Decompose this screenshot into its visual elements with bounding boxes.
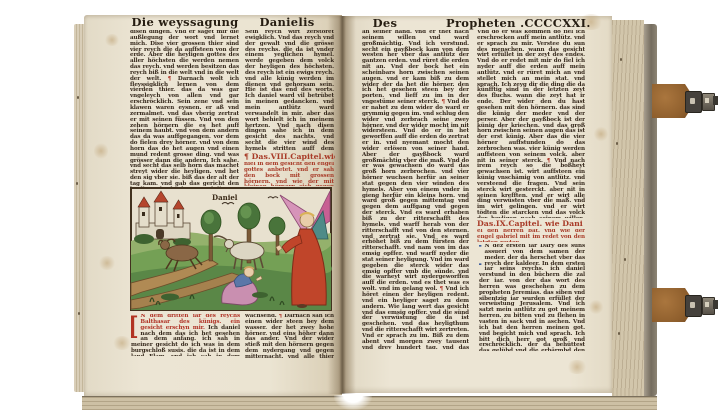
left-page-incipit-block: I N dem dritten iar des reychs Balthasar… <box>131 314 240 356</box>
foxing-spot <box>566 360 588 374</box>
fore-edge-page-block <box>612 20 644 398</box>
binding-board-edge <box>644 24 657 396</box>
wormhole-mark <box>76 182 78 185</box>
wormhole-mark <box>618 332 620 335</box>
running-head-des: Des <box>355 16 415 30</box>
clasp-pin <box>690 98 695 104</box>
photograph-of-open-incunabulum: Die weyssagung Danielis disen dingen. Vn… <box>0 0 728 410</box>
clasp-pin <box>690 302 695 308</box>
right-page-chapter-9-opening: I N dez ersten iar Dary des suns assueri… <box>479 244 585 351</box>
foxing-spot <box>594 126 608 142</box>
right-page-column-1-text: an seiner hand. vnd er thet nach seinem … <box>362 30 469 349</box>
foxing-spot <box>104 34 120 46</box>
hand-coloured-woodcut-daniel-vision: Daniel <box>130 187 332 311</box>
foxing-spot <box>588 300 604 314</box>
foxing-spot <box>98 256 116 270</box>
chapter-9-heading-text: el den herren bat. vnd wie der engel gab… <box>477 229 585 242</box>
chapter-9-heading-line: Das.IX.Capitel. wie Dani <box>477 219 585 228</box>
chapter-8-heading-line: ¶ Das.VIII.Capitel.wie da <box>244 152 335 161</box>
clasp-rivet <box>705 98 709 103</box>
left-page-column-2-text: Sein reych wirt zerstöret ewigklich. Vnd… <box>245 30 334 151</box>
wormhole-mark <box>77 96 79 99</box>
right-page-column-2-text: Vnd do er was kommen do fiel ich erschro… <box>477 30 585 218</box>
wormhole-mark <box>78 312 80 315</box>
left-page-column-1-text: disen dingen. Vnd er saget mir die außle… <box>130 30 239 187</box>
wormhole-mark <box>624 258 626 261</box>
running-head-die-weyssagung: Die weyssagung <box>130 15 240 29</box>
chapter-9-body-text: N dez ersten iar Dary des suns assueri v… <box>479 244 585 351</box>
left-page-below-column-2-text: wachsend. ¶ Darnach sah ich einen wider … <box>245 314 334 359</box>
bush <box>252 292 268 298</box>
lower-clasp <box>652 288 718 322</box>
lombard-initial-I-red: I <box>131 315 138 341</box>
running-head-propheten-folio: Propheten .CCCCXXI. <box>446 16 570 30</box>
woodcut-label-daniel: Daniel <box>212 193 238 202</box>
chapter-8-heading-text: niel in dem gesicht den engel gottes anb… <box>244 162 334 186</box>
upper-clasp <box>652 84 718 118</box>
foxing-spot <box>94 142 108 160</box>
foxing-spot <box>112 336 132 350</box>
clasp-rivet <box>705 302 709 307</box>
lombard-initial-I-blue: I <box>479 245 483 268</box>
bush <box>161 294 179 301</box>
clasp-hook-tab <box>713 96 718 105</box>
wormhole-mark <box>620 58 622 61</box>
gutter-highlight <box>334 395 372 410</box>
running-head-danielis: Danielis <box>240 15 334 29</box>
clasp-hook-tab <box>713 300 718 309</box>
wormhole-mark <box>616 142 618 145</box>
